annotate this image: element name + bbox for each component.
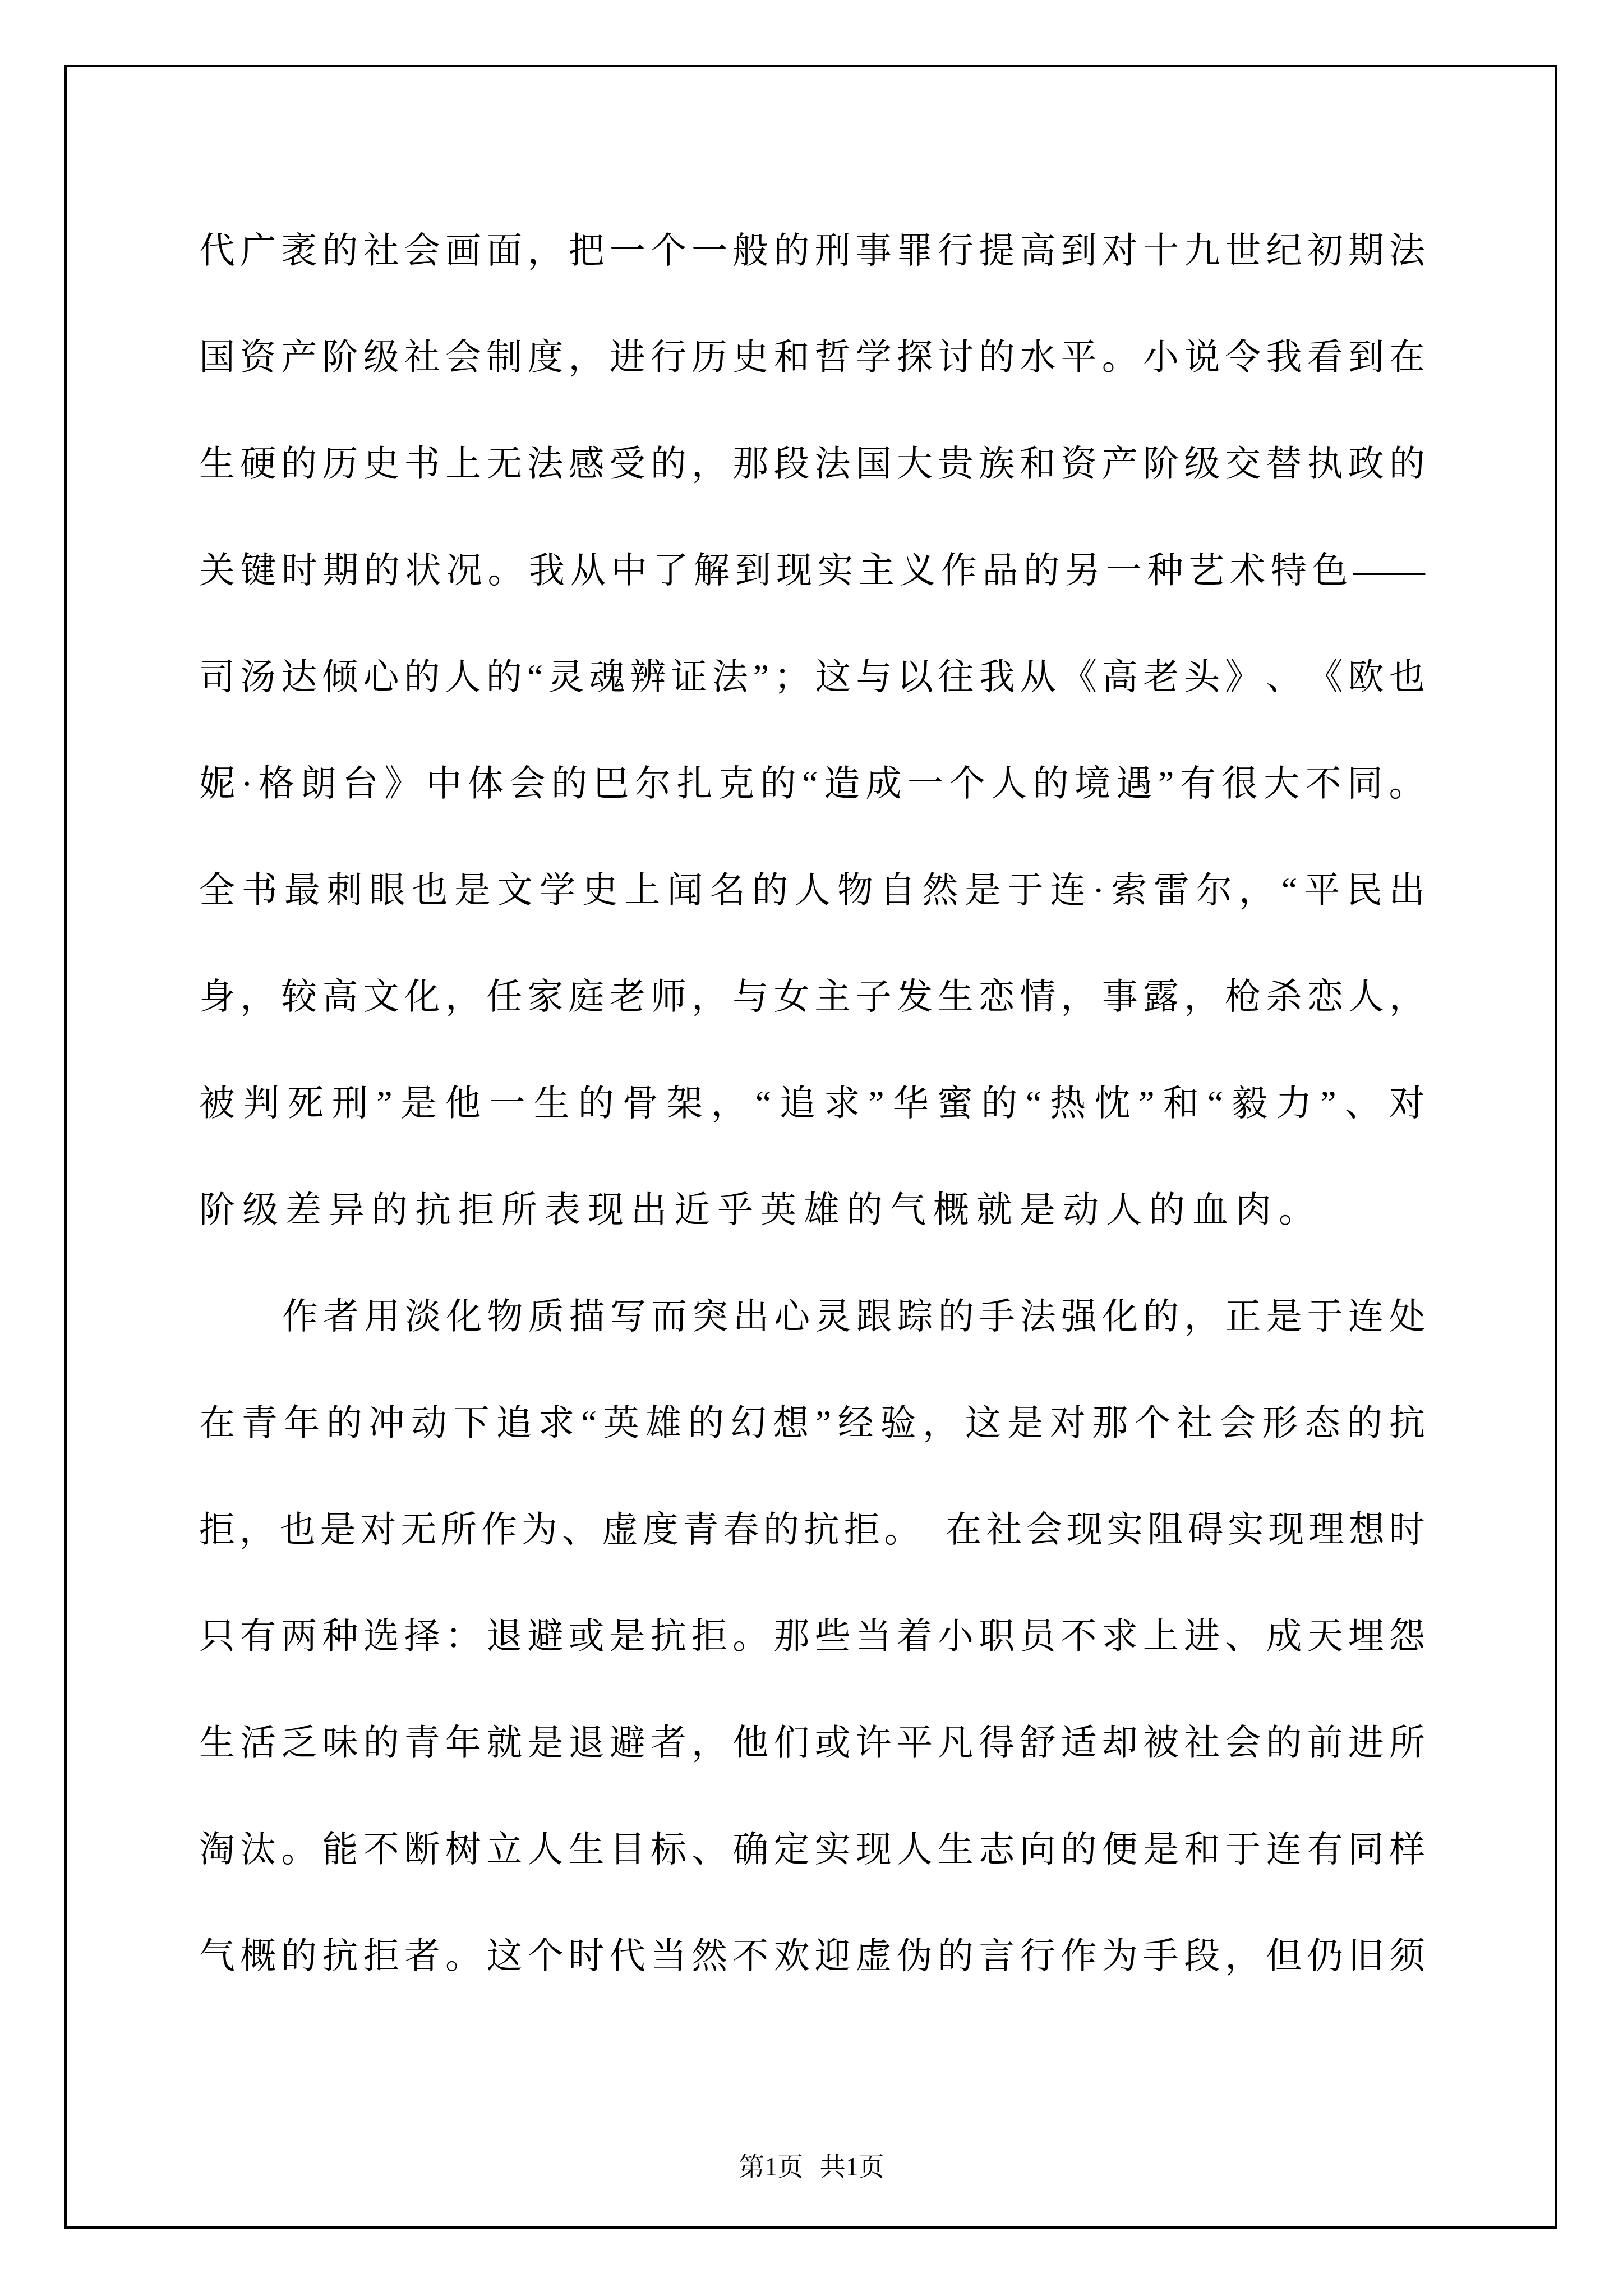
text-line: 只有两种选择：退避或是抗拒。那些当着小职员不求上进、成天埋怨 [199, 1583, 1425, 1690]
document-page: 代广袤的社会画面，把一个一般的刑事罪行提高到对十九世纪初期法国资产阶级社会制度，… [0, 0, 1623, 2296]
text-line: 在青年的冲动下追求“英雄的幻想”经验，这是对那个社会形态的抗 [199, 1370, 1425, 1476]
text-line: 生活乏味的青年就是退避者，他们或许平凡得舒适却被社会的前进所 [199, 1690, 1425, 1796]
text-line: 全书最刺眼也是文学史上闻名的人物自然是于连·索雷尔，“平民出 [199, 837, 1425, 944]
text-line: 身，较高文化，任家庭老师，与女主子发生恋情，事露，枪杀恋人， [199, 944, 1425, 1050]
text-line: 阶级差异的抗拒所表现出近乎英雄的气概就是动人的血肉。 [199, 1157, 1425, 1263]
text-line: 拒，也是对无所作为、虚度青春的抗拒。 在社会现实阻碍实现理想时 [199, 1476, 1425, 1583]
document-body: 代广袤的社会画面，把一个一般的刑事罪行提高到对十九世纪初期法国资产阶级社会制度，… [199, 197, 1425, 2009]
text-line: 关键时期的状况。我从中了解到现实主义作品的另一种艺术特色—— [199, 517, 1425, 624]
text-line: 司汤达倾心的人的“灵魂辨证法”；这与以往我从《高老头》、《欧也 [199, 624, 1425, 730]
text-line: 作者用淡化物质描写而突出心灵跟踪的手法强化的，正是于连处 [199, 1263, 1425, 1370]
footer-page-label: 第1页 共1页 [739, 2152, 884, 2181]
text-line: 被判死刑”是他一生的骨架，“追求”华蜜的“热忱”和“毅力”、对 [199, 1050, 1425, 1157]
text-line: 国资产阶级社会制度，进行历史和哲学探讨的水平。小说令我看到在 [199, 304, 1425, 411]
text-line: 代广袤的社会画面，把一个一般的刑事罪行提高到对十九世纪初期法 [199, 197, 1425, 304]
footer-page-number: 第1页 共1页 [0, 2147, 1623, 2187]
text-line: 气概的抗拒者。这个时代当然不欢迎虚伪的言行作为手段，但仍旧须 [199, 1903, 1425, 2009]
text-line: 生硬的历史书上无法感受的，那段法国大贵族和资产阶级交替执政的 [199, 411, 1425, 517]
text-line: 淘汰。能不断树立人生目标、确定实现人生志向的便是和于连有同样 [199, 1796, 1425, 1903]
text-line: 妮·格朗台》中体会的巴尔扎克的“造成一个人的境遇”有很大不同。 [199, 730, 1425, 837]
